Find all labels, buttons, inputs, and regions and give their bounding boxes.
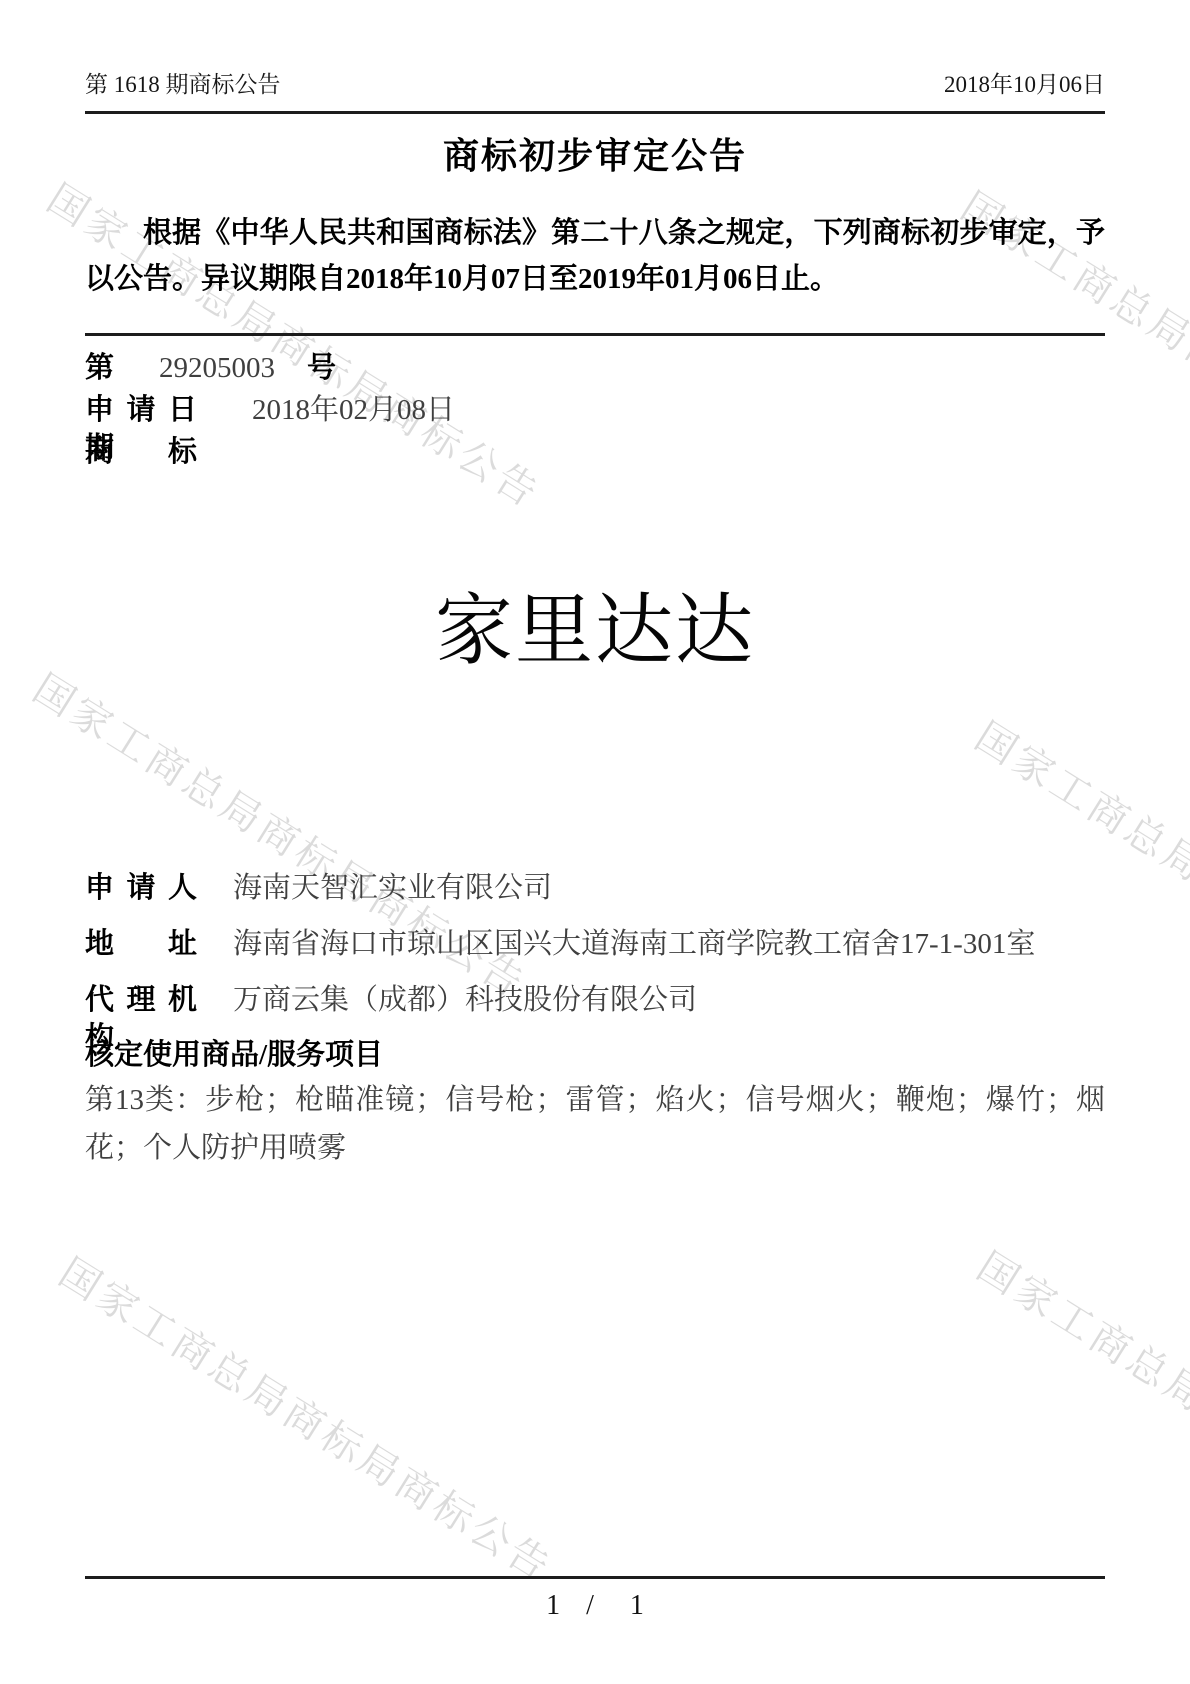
trademark-label: 商标 — [85, 433, 197, 471]
agency-value: 万商云集（成都）科技股份有限公司 — [233, 981, 697, 1019]
goods-services-list: 第13类：步枪；枪瞄准镜；信号枪；雷管；焰火；信号烟火；鞭炮；爆竹；烟花；个人防… — [85, 1076, 1105, 1172]
address-value: 海南省海口市琼山区国兴大道海南工商学院教工宿舍17-1-301室 — [233, 925, 1035, 963]
gazette-publish-date: 2018年10月06日 — [944, 70, 1105, 100]
section-divider — [85, 333, 1105, 336]
applicant-row: 申请人 海南天智汇实业有限公司 — [85, 869, 552, 907]
page-number-separator: / — [586, 1590, 594, 1621]
registration-number-prefix: 第 — [85, 349, 114, 387]
applicant-value: 海南天智汇实业有限公司 — [233, 869, 552, 907]
announcement-title: 商标初步审定公告 — [0, 134, 1190, 178]
gazette-page: 国家工商总局商标局商标公告 国家工商总局商标局商标公告 国家工商总局商标局商标公… — [0, 0, 1190, 1684]
gazette-content: 第 1618 期商标公告 2018年10月06日 商标初步审定公告 根据《中华人… — [0, 0, 1190, 1684]
announcement-intro: 根据《中华人民共和国商标法》第二十八条之规定，下列商标初步审定，予以公告。异议期… — [85, 210, 1105, 302]
trademark-label-row: 商标 — [85, 433, 197, 471]
address-row: 地址 海南省海口市琼山区国兴大道海南工商学院教工宿舍17-1-301室 — [85, 925, 1035, 963]
registration-number: 29205003 — [159, 349, 275, 387]
page-number-total: 1 — [630, 1590, 644, 1621]
page-number-current: 1 — [546, 1590, 560, 1621]
address-label: 地址 — [85, 925, 197, 963]
footer-divider — [85, 1576, 1105, 1579]
page-number: 1/1 — [0, 1588, 1190, 1624]
header-divider — [85, 111, 1105, 114]
registration-number-suffix: 号 — [307, 349, 336, 387]
application-date-value: 2018年02月08日 — [252, 391, 455, 429]
applicant-label: 申请人 — [85, 869, 197, 907]
gazette-issue-number: 第 1618 期商标公告 — [85, 70, 281, 100]
trademark-specimen-text: 家里达达 — [0, 592, 1190, 670]
registration-number-row: 第 29205003 号 — [85, 349, 336, 387]
goods-services-header: 核定使用商品/服务项目 — [85, 1036, 383, 1074]
